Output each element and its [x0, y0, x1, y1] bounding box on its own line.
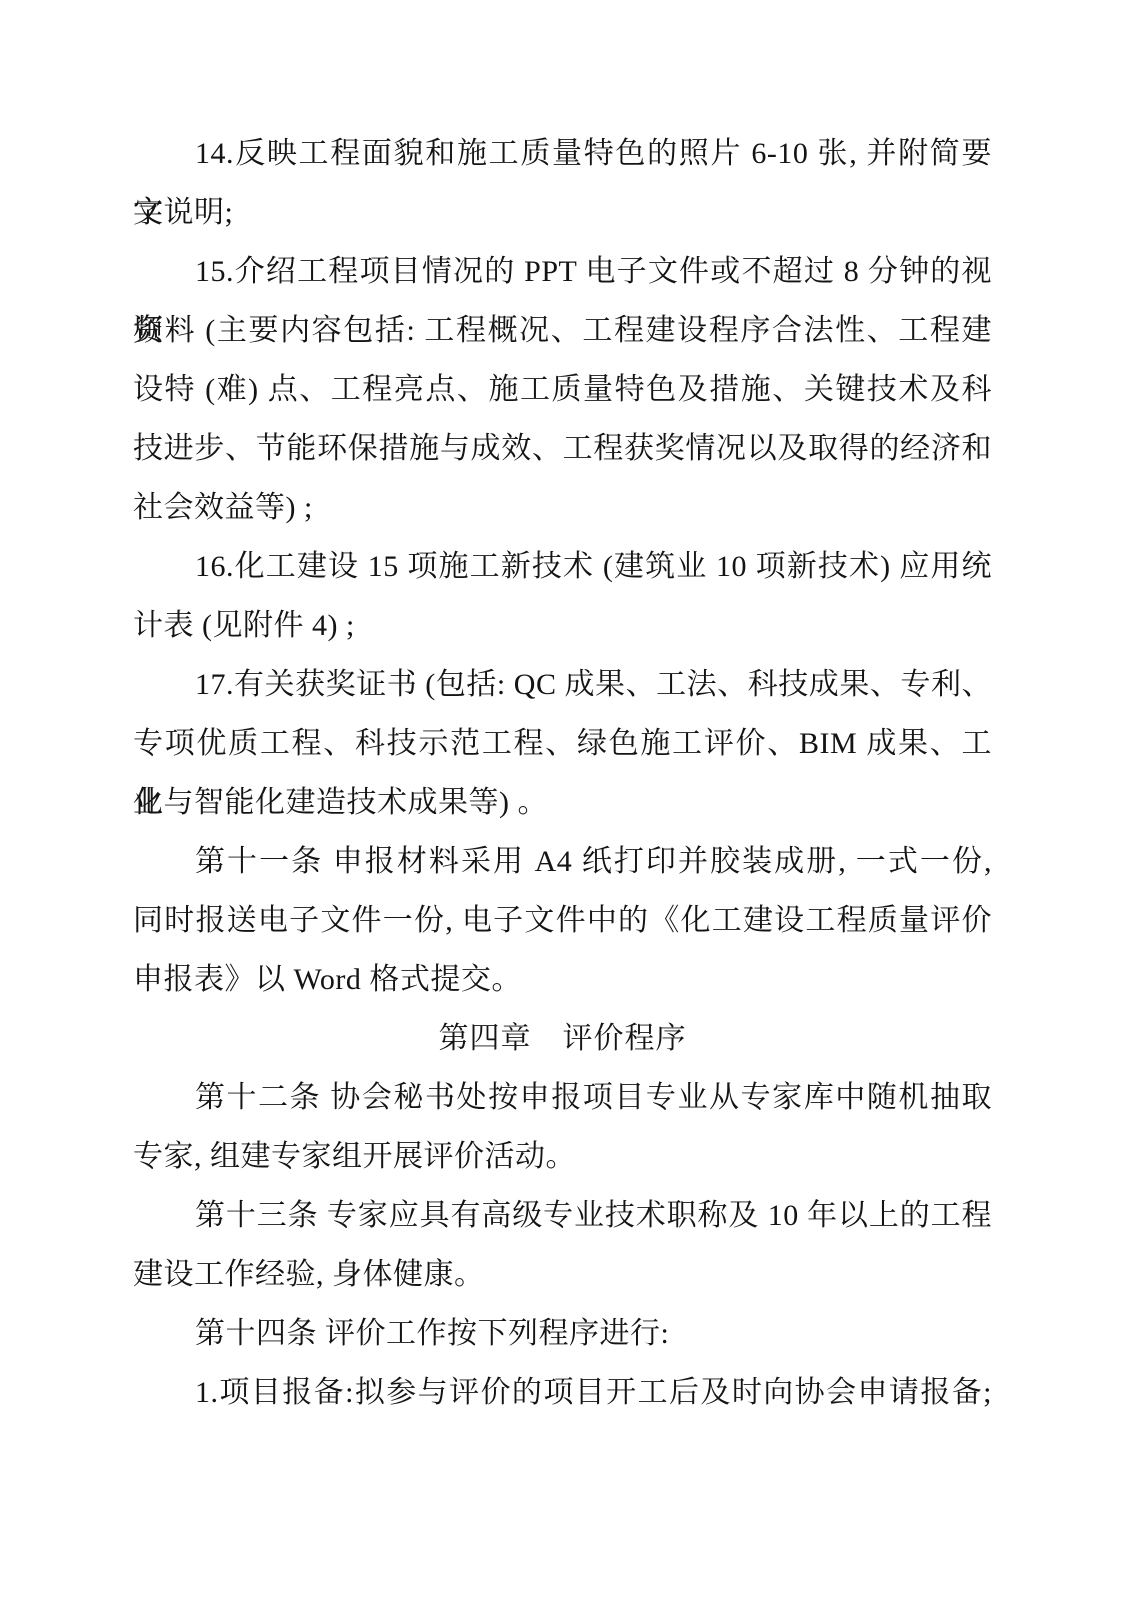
- text-line: 第十一条 申报材料采用 A4 纸打印并胶装成册, 一式一份,: [133, 832, 992, 891]
- text-line: 15.介绍工程项目情况的 PPT 电子文件或不超过 8 分钟的视频: [133, 242, 992, 301]
- text-line: 第十三条 专家应具有高级专业技术职称及 10 年以上的工程: [133, 1186, 992, 1245]
- text-line: 专项优质工程、科技示范工程、绿色施工评价、BIM 成果、工业: [133, 714, 992, 773]
- text-line: 16.化工建设 15 项施工新技术 (建筑业 10 项新技术) 应用统: [133, 537, 992, 596]
- text-line: 字说明;: [133, 183, 992, 242]
- text-line: 资料 (主要内容包括: 工程概况、工程建设程序合法性、工程建: [133, 301, 992, 360]
- text-line: 设特 (难) 点、工程亮点、施工质量特色及措施、关键技术及科: [133, 360, 992, 419]
- text-line: 第十四条 评价工作按下列程序进行:: [133, 1304, 992, 1363]
- document-body: 14.反映工程面貌和施工质量特色的照片 6-10 张, 并附简要文字说明;15.…: [133, 124, 992, 1422]
- text-line: 技进步、节能环保措施与成效、工程获奖情况以及取得的经济和: [133, 419, 992, 478]
- text-line: 化与智能化建造技术成果等) 。: [133, 773, 992, 832]
- chapter-heading: 第四章 评价程序: [133, 1009, 992, 1068]
- text-line: 17.有关获奖证书 (包括: QC 成果、工法、科技成果、专利、: [133, 655, 992, 714]
- text-line: 1.项目报备:拟参与评价的项目开工后及时向协会申请报备;: [133, 1363, 992, 1422]
- text-line: 同时报送电子文件一份, 电子文件中的《化工建设工程质量评价: [133, 891, 992, 950]
- text-line: 14.反映工程面貌和施工质量特色的照片 6-10 张, 并附简要文: [133, 124, 992, 183]
- text-line: 计表 (见附件 4) ;: [133, 596, 992, 655]
- text-line: 第十二条 协会秘书处按申报项目专业从专家库中随机抽取: [133, 1068, 992, 1127]
- document-page: 14.反映工程面貌和施工质量特色的照片 6-10 张, 并附简要文字说明;15.…: [0, 0, 1131, 1600]
- text-line: 社会效益等) ;: [133, 478, 992, 537]
- text-line: 建设工作经验, 身体健康。: [133, 1245, 992, 1304]
- text-line: 申报表》以 Word 格式提交。: [133, 950, 992, 1009]
- text-line: 专家, 组建专家组开展评价活动。: [133, 1127, 992, 1186]
